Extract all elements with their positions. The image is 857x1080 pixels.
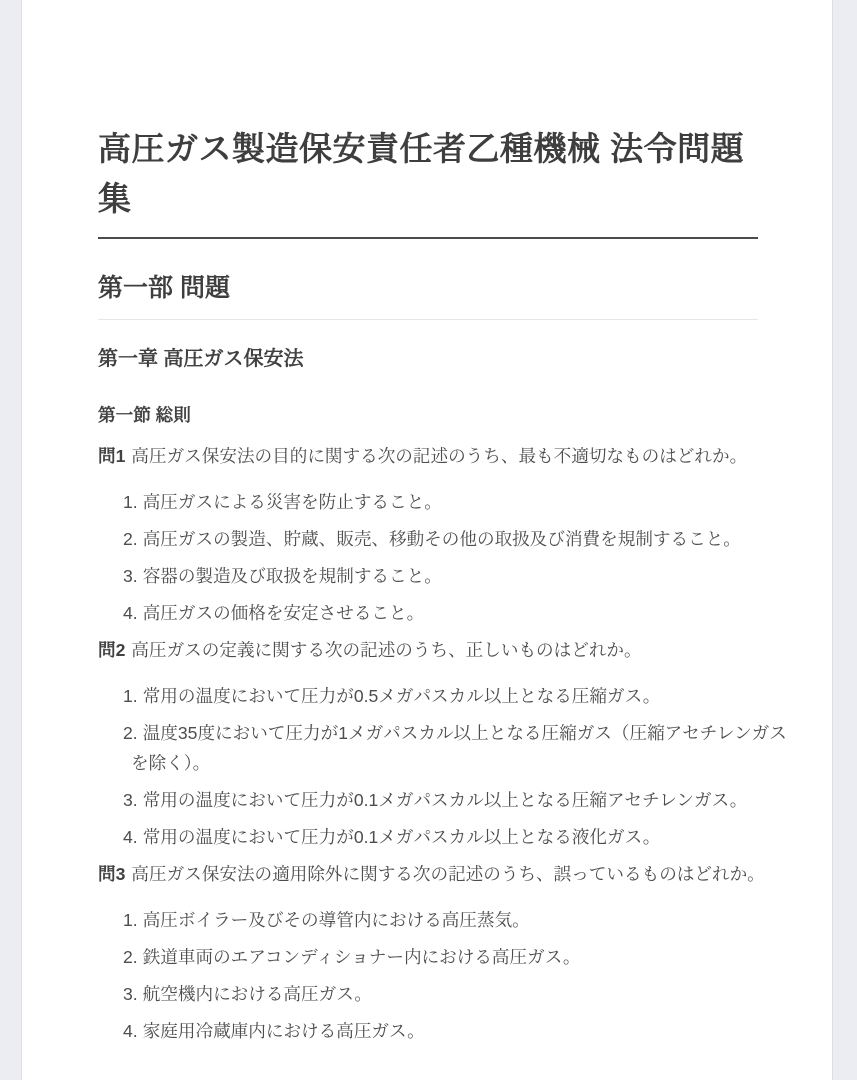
question-1-text: 高圧ガス保安法の目的に関する次の記述のうち、最も不適切なものはどれか。 <box>131 446 747 466</box>
part-heading: 第一部 問題 <box>98 272 758 320</box>
question-2-option-2: 2.温度35度において圧力が1メガパスカル以上となる圧縮ガス（圧縮アセチレンガス… <box>98 718 800 778</box>
option-number: 4. <box>123 827 138 847</box>
question-3-option-1: 1.高圧ボイラー及びその導管内における高圧蒸気。 <box>98 905 800 935</box>
option-number: 4. <box>123 603 138 623</box>
question-1-options: 1.高圧ガスによる災害を防止すること。 2.高圧ガスの製造、貯蔵、販売、移動その… <box>98 487 800 628</box>
question-block-3: 問3高圧ガス保安法の適用除外に関する次の記述のうち、誤っているものはどれか。 1… <box>98 859 800 1046</box>
document-viewer: { "doc": { "title": "高圧ガス製造保安責任者乙種機械 法令問… <box>0 0 857 1080</box>
question-1-option-1: 1.高圧ガスによる災害を防止すること。 <box>98 487 800 517</box>
question-3-label: 問3 <box>98 864 125 884</box>
title-divider <box>98 237 758 239</box>
question-2-option-3: 3.常用の温度において圧力が0.1メガパスカル以上となる圧縮アセチレンガス。 <box>98 785 800 815</box>
option-text: 高圧ガスによる災害を防止すること。 <box>143 492 442 512</box>
question-2: 問2高圧ガスの定義に関する次の記述のうち、正しいものはどれか。 <box>98 635 800 665</box>
question-3-options: 1.高圧ボイラー及びその導管内における高圧蒸気。 2.鉄道車両のエアコンディショ… <box>98 905 800 1046</box>
option-number: 3. <box>123 790 138 810</box>
option-text: 常用の温度において圧力が0.1メガパスカル以上となる圧縮アセチレンガス。 <box>143 790 748 810</box>
question-3-option-2: 2.鉄道車両のエアコンディショナー内における高圧ガス。 <box>98 942 800 972</box>
option-number: 3. <box>123 566 138 586</box>
option-number: 2. <box>123 529 138 549</box>
option-number: 1. <box>123 686 138 706</box>
question-1-label: 問1 <box>98 446 125 466</box>
option-text: 温度35度において圧力が1メガパスカル以上となる圧縮ガス（圧縮アセチレンガスを除… <box>131 723 787 773</box>
question-2-option-4: 4.常用の温度において圧力が0.1メガパスカル以上となる液化ガス。 <box>98 822 800 852</box>
option-text: 高圧ガスの製造、貯蔵、販売、移動その他の取扱及び消費を規制すること。 <box>143 529 741 549</box>
question-block-1: 問1高圧ガス保安法の目的に関する次の記述のうち、最も不適切なものはどれか。 1.… <box>98 441 800 628</box>
option-text: 常用の温度において圧力が0.1メガパスカル以上となる液化ガス。 <box>143 827 661 847</box>
option-text: 家庭用冷蔵庫内における高圧ガス。 <box>143 1021 425 1041</box>
document-title: 高圧ガス製造保安責任者乙種機械 法令問題集 <box>98 124 758 224</box>
question-3-text: 高圧ガス保安法の適用除外に関する次の記述のうち、誤っているものはどれか。 <box>131 864 764 884</box>
option-text: 常用の温度において圧力が0.5メガパスカル以上となる圧縮ガス。 <box>143 686 661 706</box>
option-text: 容器の製造及び取扱を規制すること。 <box>143 566 442 586</box>
option-text: 鉄道車両のエアコンディショナー内における高圧ガス。 <box>143 947 581 967</box>
option-number: 2. <box>123 723 138 743</box>
chapter-heading: 第一章 高圧ガス保安法 <box>98 345 832 373</box>
question-1: 問1高圧ガス保安法の目的に関する次の記述のうち、最も不適切なものはどれか。 <box>98 441 800 471</box>
section-heading: 第一節 総則 <box>98 402 832 428</box>
question-2-options: 1.常用の温度において圧力が0.5メガパスカル以上となる圧縮ガス。 2.温度35… <box>98 681 800 852</box>
question-1-option-3: 3.容器の製造及び取扱を規制すること。 <box>98 561 800 591</box>
option-number: 3. <box>123 984 138 1004</box>
question-1-option-2: 2.高圧ガスの製造、貯蔵、販売、移動その他の取扱及び消費を規制すること。 <box>98 524 800 554</box>
option-text: 高圧ガスの価格を安定させること。 <box>143 603 425 623</box>
option-number: 1. <box>123 910 138 930</box>
option-number: 4. <box>123 1021 138 1041</box>
question-block-2: 問2高圧ガスの定義に関する次の記述のうち、正しいものはどれか。 1.常用の温度に… <box>98 635 800 852</box>
question-3-option-3: 3.航空機内における高圧ガス。 <box>98 979 800 1009</box>
question-2-label: 問2 <box>98 640 125 660</box>
question-1-option-4: 4.高圧ガスの価格を安定させること。 <box>98 598 800 628</box>
option-number: 2. <box>123 947 138 967</box>
question-2-text: 高圧ガスの定義に関する次の記述のうち、正しいものはどれか。 <box>131 640 641 660</box>
option-text: 高圧ボイラー及びその導管内における高圧蒸気。 <box>143 910 530 930</box>
option-text: 航空機内における高圧ガス。 <box>143 984 372 1004</box>
question-3-option-4: 4.家庭用冷蔵庫内における高圧ガス。 <box>98 1016 800 1046</box>
document-page: 高圧ガス製造保安責任者乙種機械 法令問題集 第一部 問題 第一章 高圧ガス保安法… <box>21 0 833 1080</box>
option-number: 1. <box>123 492 138 512</box>
question-2-option-1: 1.常用の温度において圧力が0.5メガパスカル以上となる圧縮ガス。 <box>98 681 800 711</box>
question-3: 問3高圧ガス保安法の適用除外に関する次の記述のうち、誤っているものはどれか。 <box>98 859 800 889</box>
